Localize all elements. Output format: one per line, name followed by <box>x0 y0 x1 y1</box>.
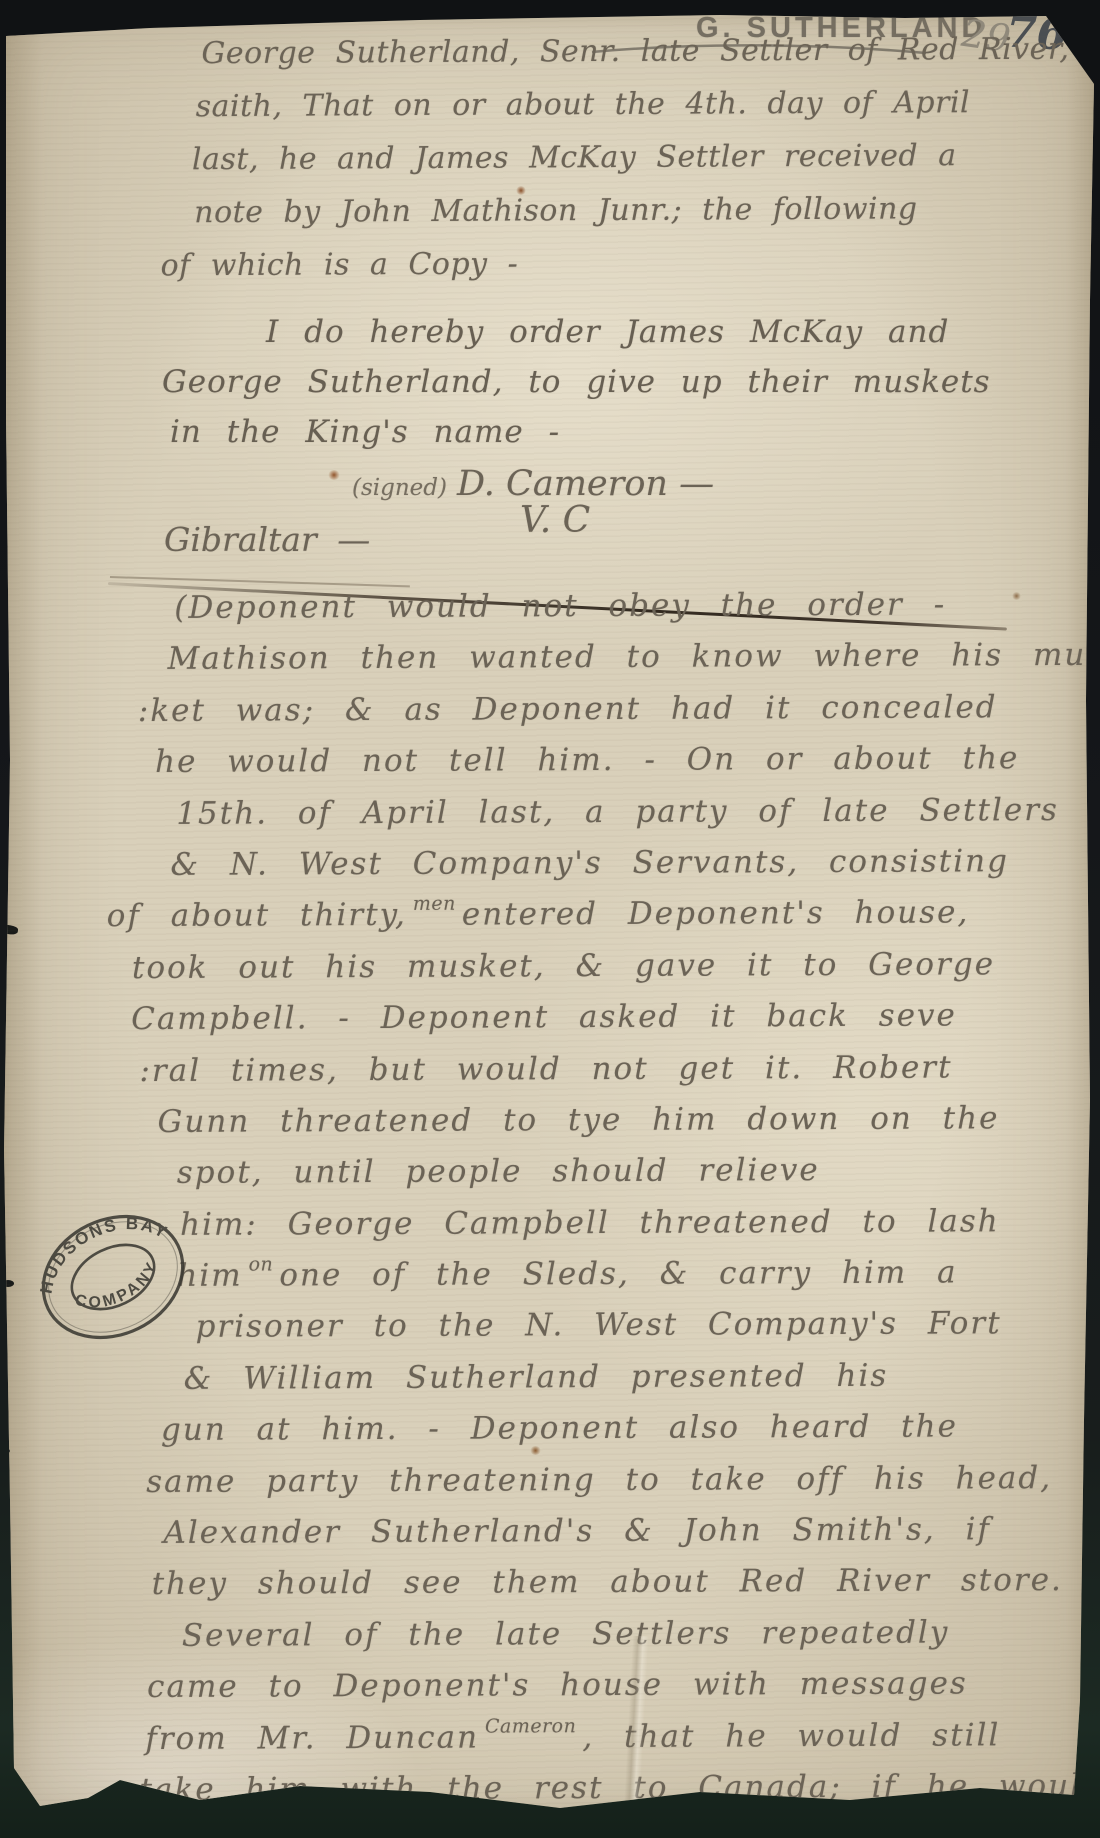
manuscript-line: in the King's name - <box>170 414 991 464</box>
manuscript-line: George Sutherland, to give up their musk… <box>162 364 991 414</box>
manuscript-line: Alexander Sutherland's & John Smith's, i… <box>163 1511 1100 1567</box>
manuscript-line: he would not tell him. - On or about the <box>155 740 1100 796</box>
manuscript-line: him: George Campbell threatened to lash <box>180 1203 1100 1258</box>
manuscript-line: :ket was; & as Deponent had it concealed <box>138 689 1100 745</box>
place-line: Gibraltar — <box>164 520 370 559</box>
inserted-word: Cameron <box>485 1715 576 1737</box>
inserted-word: men <box>413 893 456 915</box>
deposition-body: (Deponent would not obey the order - Mat… <box>103 586 1100 1824</box>
manuscript-line: of which is a Copy - <box>160 244 1070 302</box>
manuscript-line: Campbell. - Deponent asked it back seve <box>131 997 1100 1053</box>
paper-stain <box>516 186 526 195</box>
manuscript-line: gun at him. - Deponent also heard the <box>161 1408 1100 1464</box>
manuscript-line: Mathison then wanted to know where his m… <box>168 637 1100 692</box>
manuscript-line: (Deponent would not obey the order - <box>174 586 1100 641</box>
manuscript-line: last, he and James McKay Settler receive… <box>192 138 1070 196</box>
edge-nick <box>0 924 19 936</box>
paper-stain <box>328 470 340 480</box>
manuscript-line: spot, until people should relieve <box>177 1151 1100 1206</box>
manuscript-line: from Mr. DuncanCameron, that he would st… <box>145 1716 1100 1772</box>
paper-stain <box>1012 592 1021 600</box>
line-text: one of the Sleds, & carry him a <box>279 1255 957 1294</box>
line-text: entered Deponent's house, <box>462 895 970 933</box>
manuscript-line: take him with the rest to Canada; if he … <box>139 1768 1100 1824</box>
manuscript-line: prisoner to the N. West Company's Fort <box>195 1305 1100 1360</box>
manuscript-line: of about thirty,menentered Deponent's ho… <box>107 894 1100 950</box>
inserted-word: on <box>248 1254 273 1276</box>
manuscript-line: himonone of the Sleds, & carry him a <box>177 1254 1100 1309</box>
manuscript-line: & William Sutherland presented his <box>184 1357 1100 1412</box>
manuscript-line: they should see them about Red River sto… <box>152 1562 1100 1618</box>
quoted-order: I do hereby order James McKay and George… <box>162 314 991 464</box>
manuscript-line: note by John Mathison Junr.; the followi… <box>194 191 1070 249</box>
line-text: of about thirty, <box>107 897 407 934</box>
signature-row: (signed)D. Cameron — <box>352 464 714 504</box>
manuscript-line: saith, That on or about the 4th. day of … <box>196 85 1070 143</box>
manuscript-line: I do hereby order James McKay and <box>266 314 991 364</box>
manuscript-line: & N. West Company's Servants, consisting <box>170 843 1100 898</box>
manuscript-line: 15th. of April last, a party of late Set… <box>176 791 1100 846</box>
manuscript-line: :ral times, but would not get it. Robert <box>139 1048 1100 1104</box>
line-text: from Mr. Duncan <box>145 1719 479 1756</box>
signed-label: (signed) <box>352 475 447 501</box>
edge-nick <box>2 1280 14 1287</box>
manuscript-page: G. SUTHERLAND 29 76 George Sutherland, S… <box>0 0 1100 1838</box>
stamp-text-top: HUDSONS BAY <box>20 1191 177 1302</box>
signature-initials: V. C <box>520 500 590 541</box>
manuscript-line: Gunn threatened to tye him down on the <box>158 1100 1100 1156</box>
manuscript-line: same party threatening to take off his h… <box>146 1459 1100 1515</box>
signature: D. Cameron — <box>457 464 714 504</box>
manuscript-line: took out his musket, & gave it to George <box>132 946 1100 1002</box>
paper-stain <box>530 1446 541 1455</box>
manuscript-line: George Sutherland, Senr. late Settler of… <box>201 32 1069 90</box>
edge-nick <box>0 1448 10 1454</box>
line-text: , that he would still <box>582 1717 1000 1755</box>
opening-paragraph: George Sutherland, Senr. late Settler of… <box>159 32 1070 302</box>
manuscript-line: came to Deponent's house with messages <box>147 1665 1100 1721</box>
stamp-arc-top-text: HUDSONS BAY <box>20 1191 177 1302</box>
